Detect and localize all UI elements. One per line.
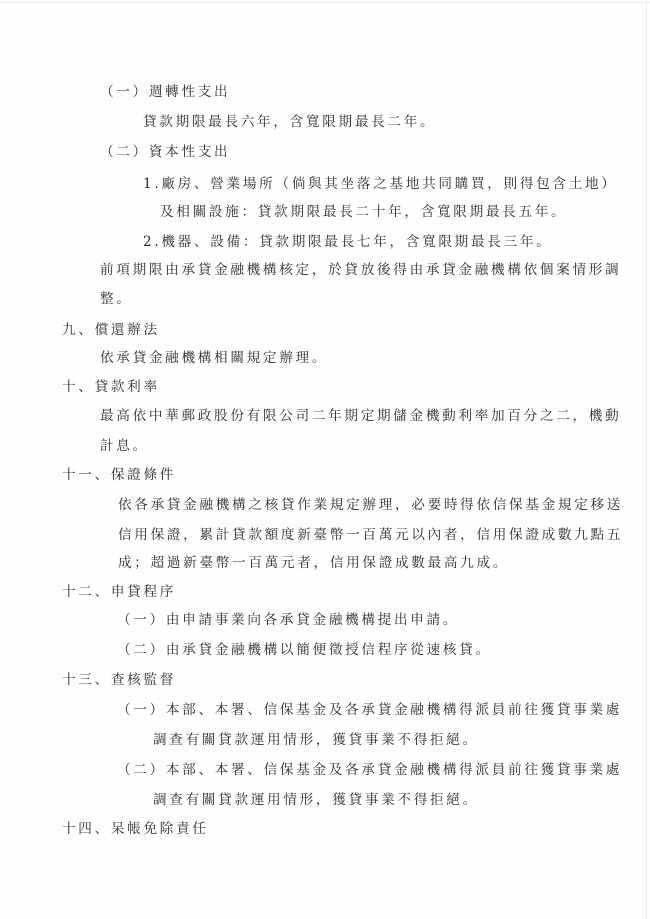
paragraph-working-capital-term: 貸款期限最長六年，含寬限期最長二年。 [143,113,436,131]
subsection-heading-capital-expenditure: （二）資本性支出 [100,143,230,161]
list-item-audit-1: （一）本部、本署、信保基金及各承貸金融機構得派員前往獲貸事業處 [117,701,622,719]
paragraph-guarantee-3: 成；超過新臺幣一百萬元者，信用保證成數最高九成。 [118,554,509,572]
section-heading-interest-rate: 十、貸款利率 [62,378,160,396]
section-heading-application: 十二、申貸程序 [62,583,176,601]
section-heading-audit: 十三、查核監督 [62,671,176,689]
paragraph-interest-rate: 最高依中華郵政股份有限公司二年期定期儲金機動利率加百分之二，機動 [100,407,621,425]
list-item-application-2: （二）由承貸金融機構以簡便徵授信程序從速核貸。 [117,641,492,659]
list-item-audit-1-cont: 調查有關貸款運用情形，獲貸事業不得拒絕。 [153,731,479,749]
paragraph-term-note-cont: 整。 [100,290,133,308]
list-item-audit-2-cont: 調查有關貸款運用情形，獲貸事業不得拒絕。 [153,791,479,809]
list-item-application-1: （一）由申請事業向各承貸金融機構提出申請。 [117,611,459,629]
scan-edge-right [646,0,647,919]
scan-edge-top [0,2,650,3]
paragraph-guarantee-1: 依各承貸金融機構之核貸作業規定辦理，必要時得依信保基金規定移送 [118,496,623,514]
paragraph-repayment: 依承貸金融機構相關規定辦理。 [100,349,328,367]
list-item-machinery: 2.機器、設備：貸款期限最長七年，含寬限期最長三年。 [143,233,552,251]
list-item-audit-2: （二）本部、本署、信保基金及各承貸金融機構得派員前往獲貸事業處 [117,761,622,779]
list-item-factory-premises-cont: 及相關設施：貸款期限最長二十年，含寬限期最長五年。 [160,203,567,221]
section-heading-repayment: 九、償還辦法 [62,321,160,339]
document-page: （一）週轉性支出 貸款期限最長六年，含寬限期最長二年。 （二）資本性支出 1.廠… [0,0,650,919]
subsection-heading-working-capital: （一）週轉性支出 [100,83,230,101]
paragraph-term-note: 前項期限由承貸金融機構核定，於貸放後得由承貸金融機構依個案情形調 [100,261,621,279]
paragraph-interest-rate-cont: 計息。 [100,437,149,455]
paragraph-guarantee-2: 信用保證，累計貸款額度新臺幣一百萬元以內者，信用保證成數九點五 [118,526,623,544]
list-item-factory-premises: 1.廠房、營業場所（倘與其坐落之基地共同購買，則得包含土地） [143,175,618,193]
section-heading-bad-debt-exemption: 十四、呆帳免除責任 [62,820,209,838]
section-heading-guarantee: 十一、保證條件 [62,466,176,484]
